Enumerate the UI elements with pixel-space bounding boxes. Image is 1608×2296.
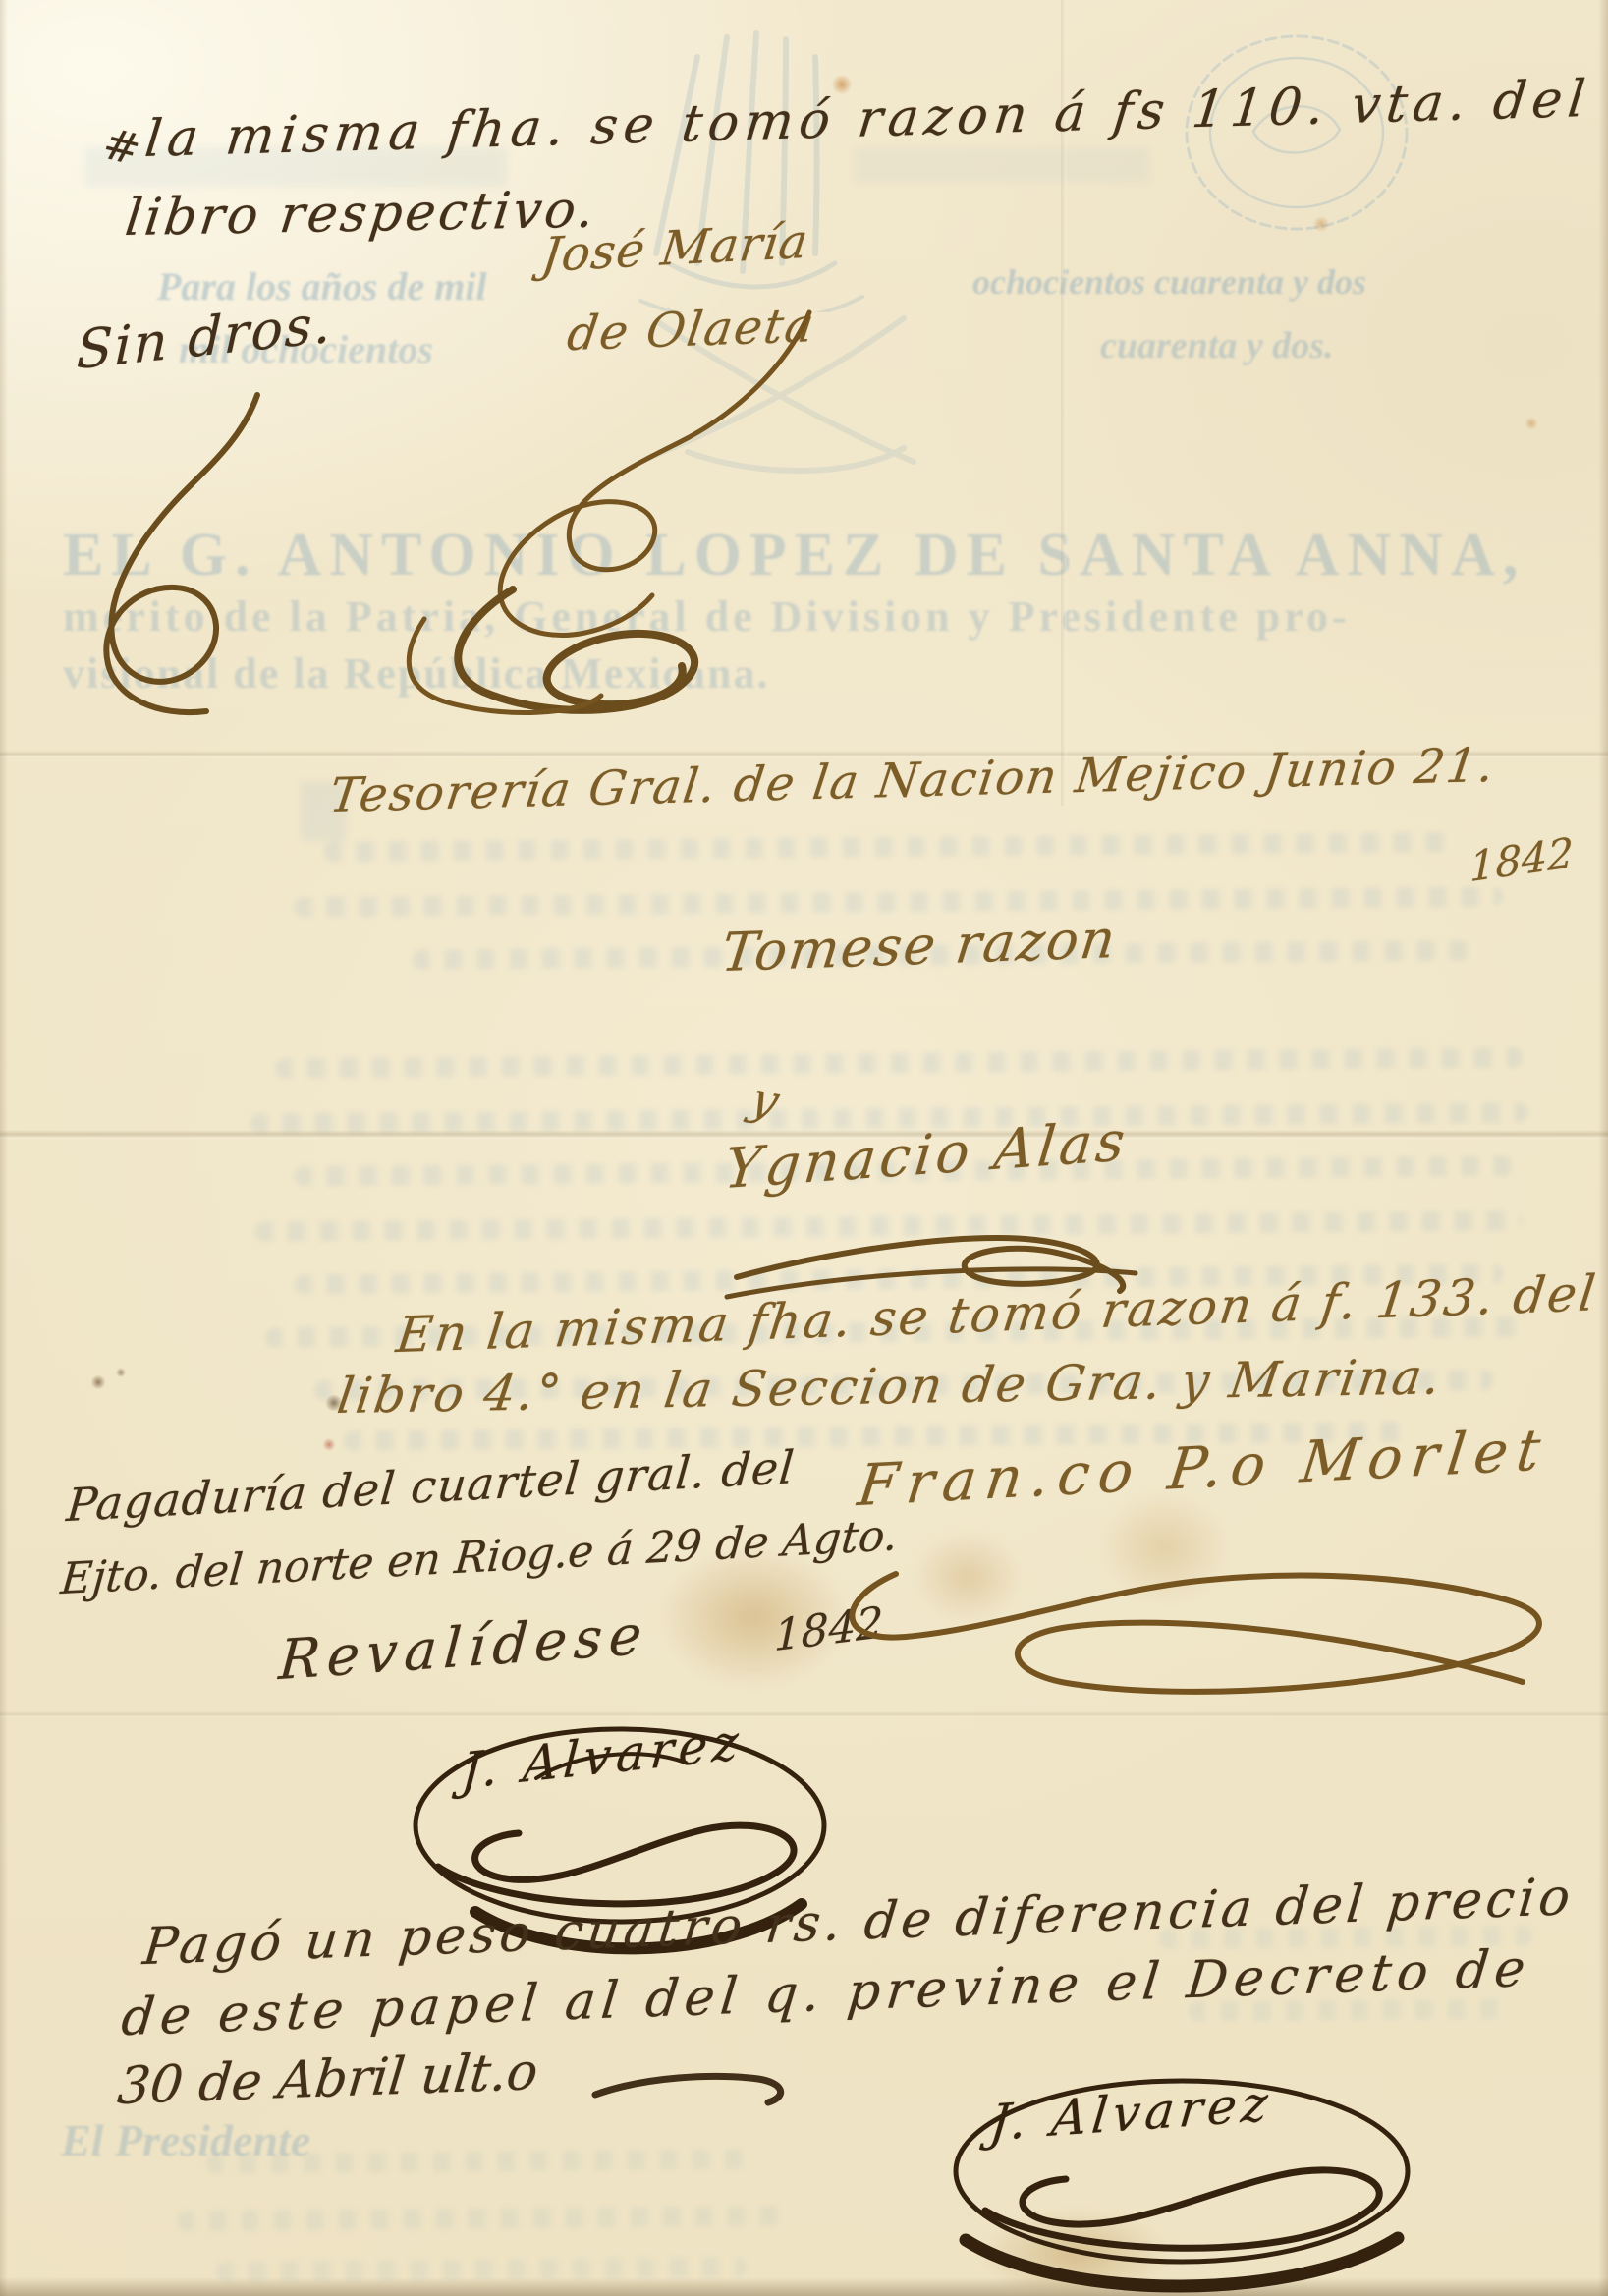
stain — [90, 1375, 106, 1389]
take-note-order: Tomese razon — [718, 908, 1121, 983]
ghost-president-label: El Presidente — [61, 2114, 310, 2166]
revalidation-order: Revalídese — [277, 1602, 651, 1693]
ghost-paragraph-line — [295, 887, 1503, 918]
paper-left-edge — [0, 0, 8, 2296]
stain — [322, 1438, 336, 1451]
registration-note-line2: libro respectivo. — [122, 181, 600, 249]
ghost-validity-right-2: cuarenta y dos. — [1100, 324, 1334, 367]
treasury-note-year: 1842 — [1469, 828, 1574, 891]
paymaster-note-line1: Pagaduría del cuartel gral. del — [65, 1440, 798, 1532]
ghost-validity-right-1: ochocientos cuarenta y dos — [972, 261, 1366, 303]
stain — [1525, 417, 1538, 430]
ghost-paragraph-line — [324, 832, 1454, 862]
stain — [116, 1368, 126, 1377]
ghost-paragraph-line — [177, 2206, 786, 2230]
payment-note-line3: 30 de Abril ult.o — [115, 2043, 541, 2116]
ghost-paragraph-line — [275, 1047, 1523, 1078]
morlet-rubric-flourish — [778, 1535, 1564, 1716]
rubric-flourish-left — [51, 383, 336, 727]
manuscript-page: Para los años de mil mil ochocientos och… — [0, 0, 1608, 2296]
closing-dash-flourish — [585, 2061, 797, 2112]
paper-right-edge — [1598, 0, 1608, 2296]
olaeta-rubric-flourish — [365, 295, 837, 727]
ghost-paragraph-line — [216, 2258, 747, 2282]
ghost-print-band — [855, 147, 1149, 183]
